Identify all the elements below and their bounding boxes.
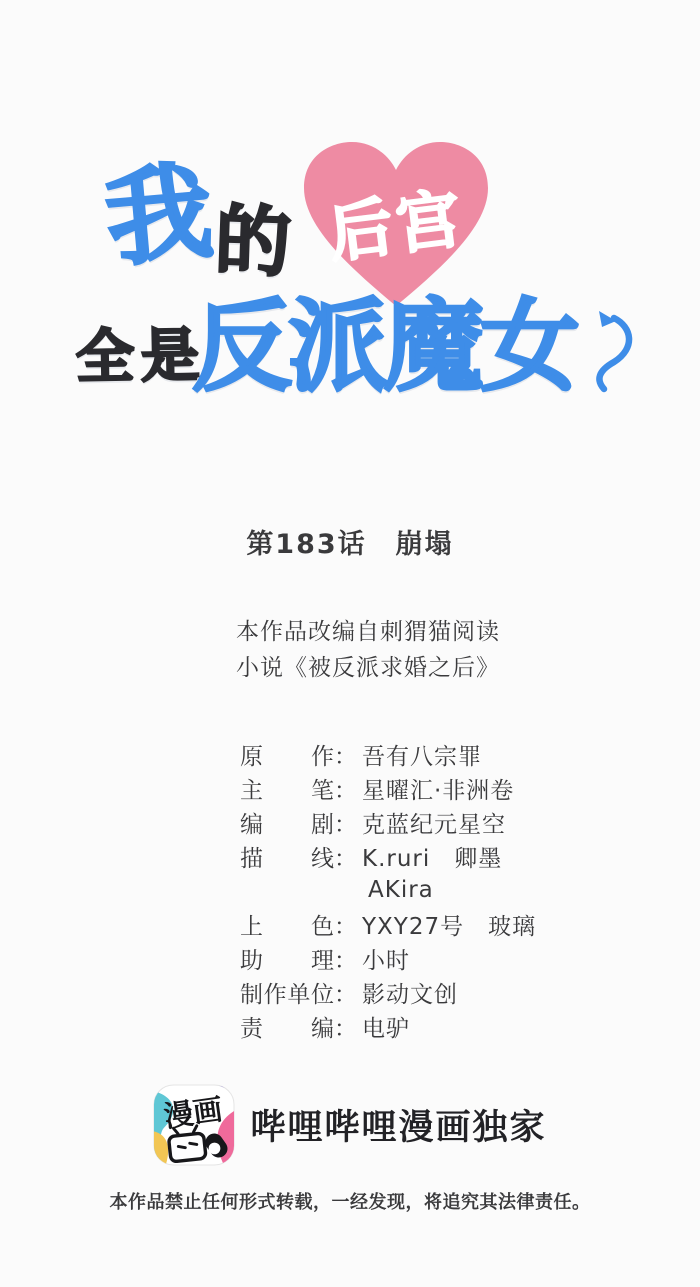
credit-row-original-work: 原作：吾有八宗罪 — [240, 737, 536, 771]
adaptation-line-2: 小说《被反派求婚之后》 — [236, 650, 500, 686]
title-word-villain-witches: 反派魔女 — [192, 297, 576, 397]
credit-value: AKira — [368, 877, 434, 903]
title-word-all: 全是 — [76, 326, 207, 386]
credit-colon: ： — [334, 908, 357, 941]
credit-row-coloring: 上色：YXY27号 玻璃 — [240, 907, 536, 941]
credit-label: 描线 — [240, 840, 334, 873]
credit-row-lead-artist: 主笔：星曜汇·非洲卷 — [240, 771, 536, 805]
title-word-de: 的 — [214, 203, 293, 282]
comic-credits-page: 后宫 我 的 全是 反派魔女 第183话 崩塌 本作品改编自刺猬猫阅读 小说《被… — [0, 0, 700, 1287]
credit-label: 制作单位 — [240, 976, 334, 1009]
credit-label: 责编 — [240, 1010, 334, 1043]
credit-label: 上色 — [240, 908, 334, 941]
devil-tail-icon — [584, 310, 639, 394]
credit-colon: ： — [334, 738, 357, 771]
credit-label: 原作 — [240, 738, 334, 771]
credit-row-production-studio: 制作单位：影动文创 — [240, 975, 536, 1009]
credit-value: 电驴 — [362, 1010, 410, 1043]
credit-label: 主笔 — [240, 772, 334, 805]
credit-value: 吾有八宗罪 — [362, 738, 482, 771]
bilibili-manga-logo-icon: 漫画 — [153, 1084, 235, 1166]
credit-row-assistant: 助理：小时 — [240, 941, 536, 975]
chapter-title: 第183话 崩塌 — [0, 522, 700, 561]
credit-colon: ： — [334, 806, 357, 839]
credit-value: 克蓝纪元星空 — [362, 806, 506, 839]
credit-value: 星曜汇·非洲卷 — [362, 772, 514, 805]
title-logo: 后宫 我 的 全是 反派魔女 — [0, 0, 700, 460]
adaptation-note: 本作品改编自刺猬猫阅读 小说《被反派求婚之后》 — [236, 614, 500, 686]
adaptation-line-1: 本作品改编自刺猬猫阅读 — [236, 614, 500, 650]
credits-list: 原作：吾有八宗罪 主笔：星曜汇·非洲卷 编剧：克蓝纪元星空 描线：K.ruri … — [240, 737, 536, 1043]
credit-colon: ： — [334, 942, 357, 975]
credit-row-line-art-2: AKira — [240, 873, 536, 907]
credit-row-editor: 责编：电驴 — [240, 1009, 536, 1043]
credit-row-screenwriter: 编剧：克蓝纪元星空 — [240, 805, 536, 839]
credit-colon: ： — [334, 772, 357, 805]
credit-colon: ： — [334, 1010, 357, 1043]
credit-value: 影动文创 — [362, 976, 458, 1009]
publisher-exclusive-text: 哔哩哔哩漫画独家 — [250, 1100, 546, 1150]
credit-label: 助理 — [240, 942, 334, 975]
credit-label: 编剧 — [240, 806, 334, 839]
credit-row-line-art: 描线：K.ruri 卿墨 — [240, 839, 536, 873]
title-word-harem: 后宫 — [323, 167, 469, 275]
credit-colon: ： — [334, 976, 357, 1009]
credit-value: YXY27号 玻璃 — [362, 908, 536, 941]
credit-value: K.ruri 卿墨 — [362, 840, 502, 873]
copyright-notice: 本作品禁止任何形式转载，一经发现，将追究其法律责任。 — [0, 1188, 700, 1214]
publisher-banner: 漫画 哔哩哔哩漫画独家 — [0, 1084, 700, 1166]
credit-colon: ： — [334, 840, 357, 873]
credit-value: 小时 — [362, 942, 410, 975]
title-word-my: 我 — [102, 159, 217, 274]
